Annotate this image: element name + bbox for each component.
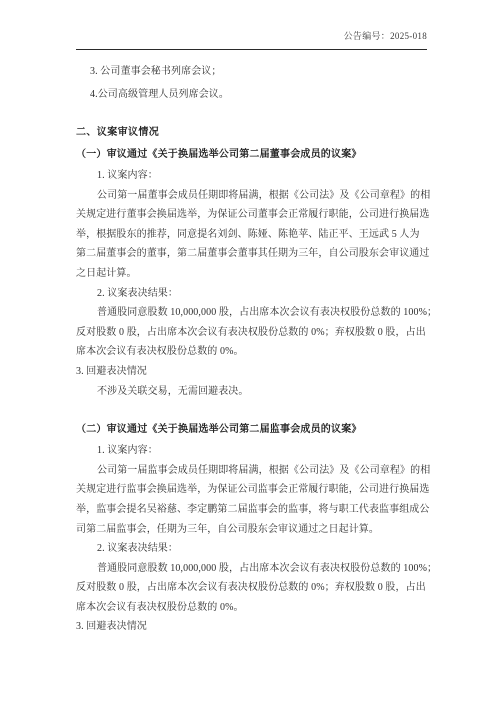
proposal-1-content-line: 举，根据股东的推荐，同意提名刘剑、陈娅、陈艳苹、陆正平、王远武 5 人为: [76, 225, 427, 245]
proposal-2-vote-line: 反对股数 0 股，占出席本次会议有表决权股份总数的 0%；弃权股数 0 股，占出: [76, 578, 427, 598]
document-body: 公告编号：2025-018 3. 公司董事会秘书列席会议； 4.公司高级管理人员…: [0, 0, 500, 637]
proposal-2-content-line: 关规定进行监事会换届选举，为保证公司监事会正常履行职能，公司进行换届选: [76, 480, 427, 500]
proposal-2-vote-line: 席本次会议有表决权股份总数的 0%。: [76, 598, 427, 618]
proposal-2-vote-line: 普通股同意股数 10,000,000 股，占出席本次会议有表决权股份总数的 10…: [76, 559, 427, 579]
attendee-item-3: 3. 公司董事会秘书列席会议；: [76, 60, 427, 83]
proposal-1-title: （一）审议通过《关于换届选举公司第二届董事会成员的议案》: [76, 144, 427, 166]
proposal-2-content-line: 举，监事会提名吴裕慈、李定鹏第二届监事会的监事，将与职工代表监事组成公: [76, 500, 427, 520]
proposal-1-vote-line: 普通股同意股数 10,000,000 股，占出席本次会议有表决权股份总数的 10…: [76, 303, 427, 323]
proposal-2-title: （二）审议通过《关于换届选举公司第二届监事会成员的议案》: [76, 419, 427, 441]
proposal-1-content-line: 公司第一届董事会成员任期即将届满，根据《公司法》及《公司章程》的相: [76, 186, 427, 206]
proposal-2-recusal-label: 3. 回避表决情况: [76, 617, 427, 637]
proposal-2-content-line: 公司第一届监事会成员任期即将届满，根据《公司法》及《公司章程》的相: [76, 461, 427, 481]
proposal-1-vote-line: 席本次会议有表决权股份总数的 0%。: [76, 342, 427, 362]
proposal-1-content-line: 之日起计算。: [76, 264, 427, 284]
proposal-2-vote-label: 2. 议案表决结果：: [76, 539, 427, 559]
proposal-1-vote-line: 反对股数 0 股，占出席本次会议有表决权股份总数的 0%；弃权股数 0 股，占出: [76, 323, 427, 343]
proposal-2-content-label: 1. 议案内容：: [76, 441, 427, 461]
proposal-1-content-line: 关规定进行董事会换届选举，为保证公司董事会正常履行职能，公司进行换届选: [76, 205, 427, 225]
proposal-1-content-label: 1. 议案内容：: [76, 166, 427, 186]
proposal-1-vote-label: 2. 议案表决结果：: [76, 284, 427, 304]
proposal-2-content-line: 司第二届监事会，任期为三年，自公司股东会审议通过之日起计算。: [76, 520, 427, 540]
proposal-1-recusal-label: 3. 回避表决情况: [76, 362, 427, 382]
attendee-item-4: 4.公司高级管理人员列席会议。: [76, 83, 427, 106]
document-page: 公告编号：2025-018 3. 公司董事会秘书列席会议； 4.公司高级管理人员…: [0, 0, 500, 707]
proposal-1-content-line: 第二届董事会的董事，第二届董事会董事其任期为三年，自公司股东会审议通过: [76, 244, 427, 264]
announcement-number: 公告编号：2025-018: [76, 31, 427, 42]
section-heading: 二、议案审议情况: [76, 122, 427, 144]
header-rule: [76, 49, 427, 50]
proposal-1-recusal-note: 不涉及关联交易，无需回避表决。: [76, 382, 427, 402]
